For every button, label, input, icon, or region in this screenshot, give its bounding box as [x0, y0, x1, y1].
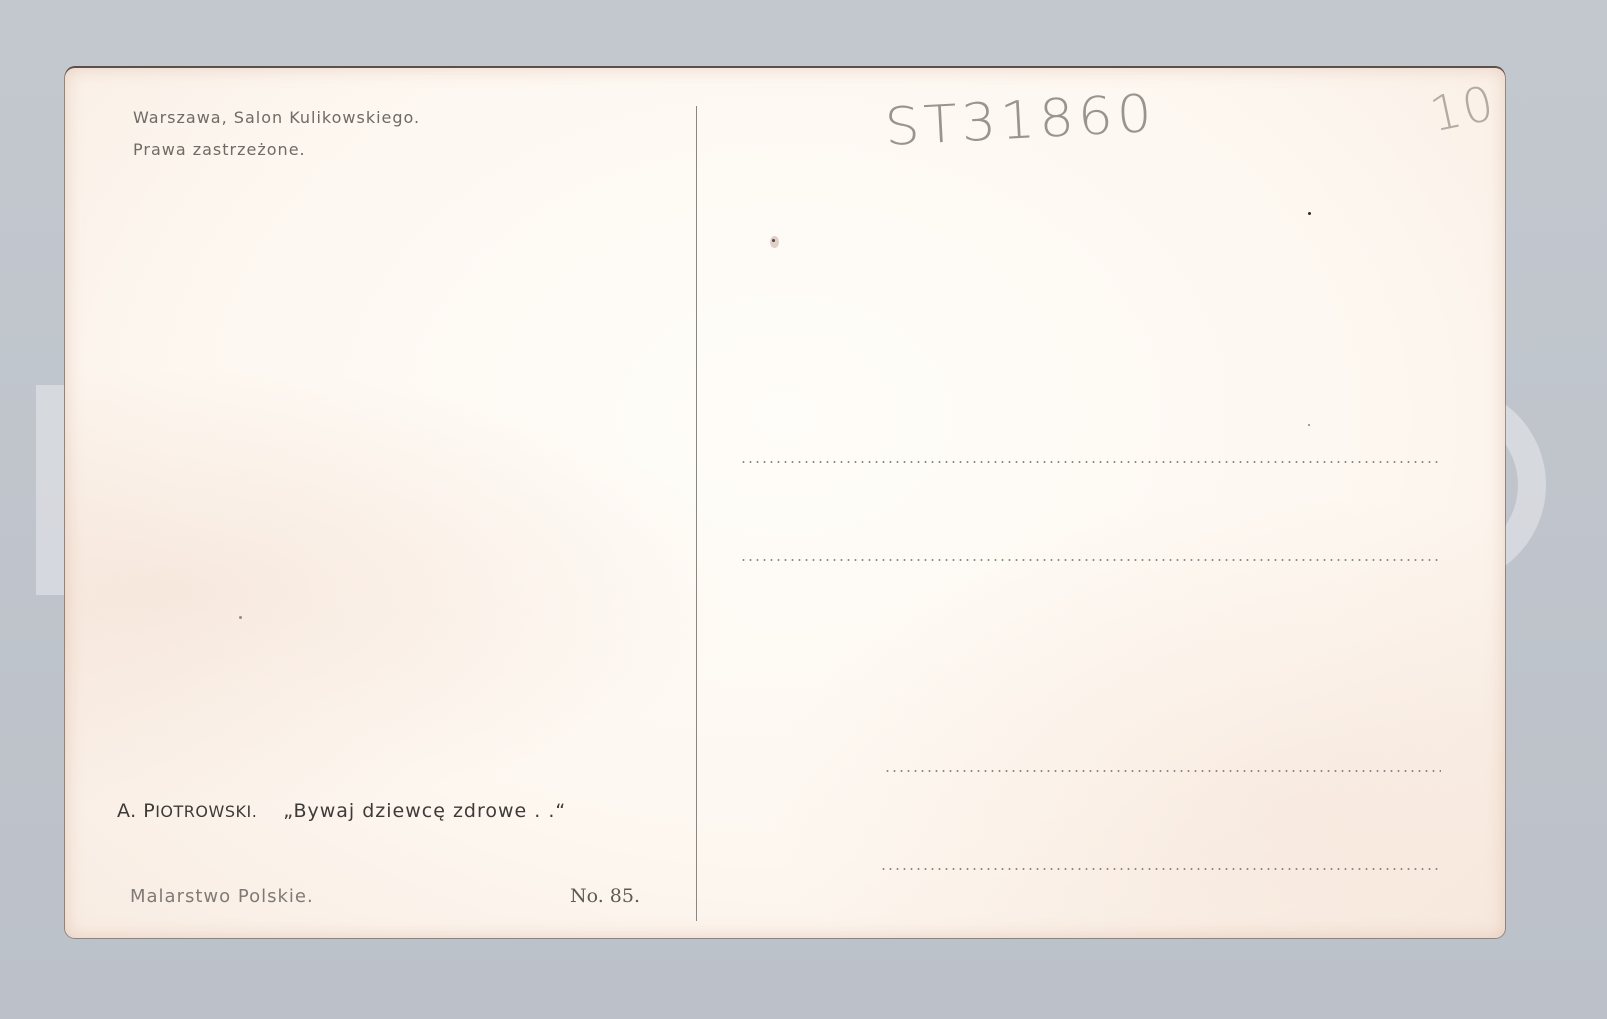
handwritten-inventory-code: ST31860	[883, 84, 1157, 158]
postcard-back: Warszawa, Salon Kulikowskiego. Prawa zas…	[65, 68, 1505, 938]
address-line-3	[884, 770, 1441, 772]
watermark-letter-left	[36, 385, 64, 595]
artist-name: A. PIOTROWSKI.	[117, 800, 257, 822]
artwork-title: „Bywaj dziewcę zdrowe . .“	[283, 800, 566, 822]
address-line-2	[740, 559, 1440, 561]
artwork-caption: A. PIOTROWSKI.„Bywaj dziewcę zdrowe . .“	[117, 800, 566, 822]
address-line-4	[880, 868, 1441, 870]
paper-speck	[1308, 424, 1310, 426]
publisher-line: Warszawa, Salon Kulikowskiego.	[133, 108, 420, 127]
series-name: Malarstwo Polskie.	[130, 886, 314, 907]
scan-background: Warszawa, Salon Kulikowskiego. Prawa zas…	[0, 0, 1607, 1019]
paper-blemish	[770, 236, 779, 248]
address-line-1	[740, 461, 1440, 463]
paper-speck	[1308, 212, 1311, 215]
card-number: No. 85.	[570, 885, 640, 907]
center-divider	[696, 106, 697, 921]
handwritten-corner-note: 10	[1425, 75, 1500, 143]
paper-speck	[239, 616, 242, 619]
rights-notice: Prawa zastrzeżone.	[133, 140, 306, 159]
